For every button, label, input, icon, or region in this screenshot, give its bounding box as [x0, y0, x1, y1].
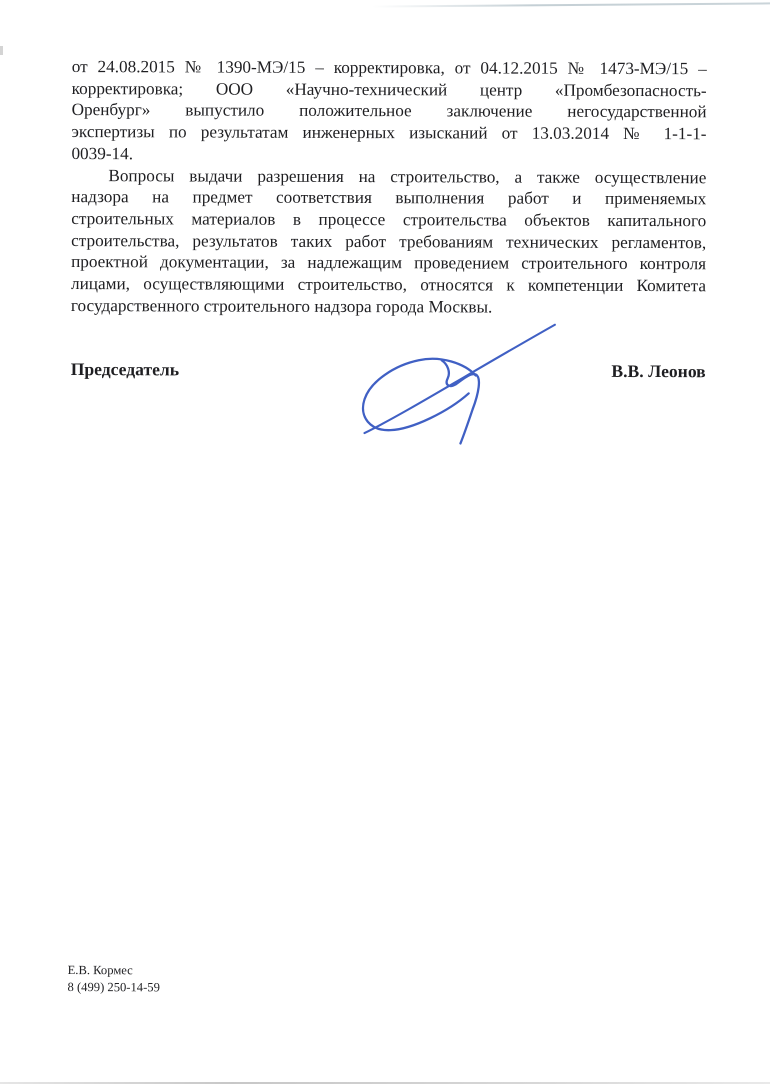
text-line: от 24.08.2015 № 1390-МЭ/15 – корректиров…	[72, 56, 707, 80]
text-line: экспертизы по результатам инженерных изы…	[72, 121, 707, 145]
paragraph: Вопросы выдачи разрешения на строительст…	[71, 165, 707, 319]
contact-name: Е.В. Кормес	[68, 962, 160, 979]
contact-phone: 8 (499) 250-14-59	[68, 979, 160, 996]
text-line: надзора на предмет соответствия выполнен…	[71, 186, 706, 210]
body-paragraphs: от 24.08.2015 № 1390-МЭ/15 – корректиров…	[71, 56, 707, 319]
text-line: Вопросы выдачи разрешения на строительст…	[71, 165, 706, 189]
paragraph: от 24.08.2015 № 1390-МЭ/15 – корректиров…	[71, 56, 706, 167]
footer-contact: Е.В. Кормес 8 (499) 250-14-59	[68, 962, 160, 995]
text-line: проектной документации, за надлежащим пр…	[71, 251, 706, 275]
text-line: строительства, результатов таких работ т…	[71, 230, 706, 254]
text-line: лицами, осуществляющими строительство, о…	[71, 273, 706, 297]
signer-title: Председатель	[71, 359, 179, 380]
document-page: от 24.08.2015 № 1390-МЭ/15 – корректиров…	[0, 0, 770, 1089]
text-line: Оренбург» выпустило положительное заключ…	[72, 99, 707, 123]
text-line: корректировка; ООО «Научно-технический ц…	[72, 78, 707, 102]
signer-name: В.В. Леонов	[611, 361, 705, 382]
text-line: строительных материалов в процессе строи…	[71, 208, 706, 232]
signature-block: Председатель В.В. Леонов	[71, 359, 706, 382]
page-content: от 24.08.2015 № 1390-МЭ/15 – корректиров…	[0, 0, 770, 1089]
text-line: 0039-14.	[71, 143, 706, 167]
